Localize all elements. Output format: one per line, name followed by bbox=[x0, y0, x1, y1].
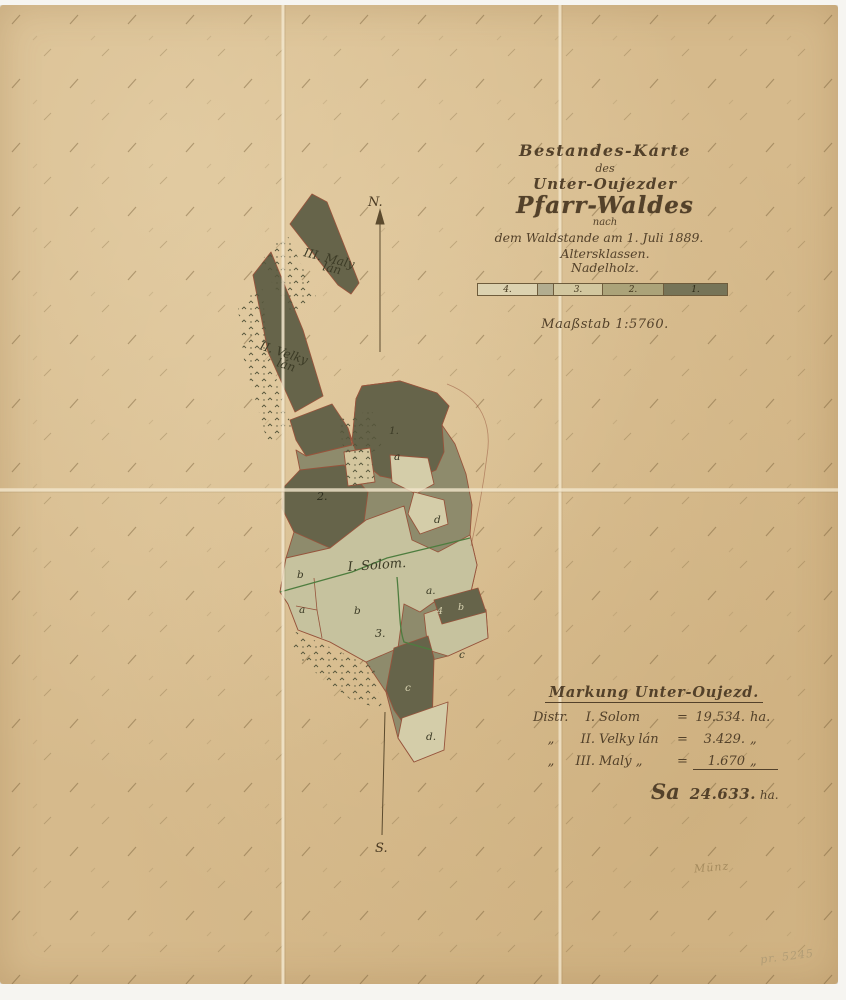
row-unit: „ bbox=[745, 754, 778, 770]
scan-edge-bottom bbox=[0, 984, 846, 1000]
row-unit: „ bbox=[745, 732, 778, 747]
title-main: Pfarr-Waldes bbox=[497, 194, 713, 218]
row-number: I. bbox=[569, 710, 599, 725]
scan-edge-top bbox=[0, 0, 846, 5]
title-des: des bbox=[497, 163, 713, 175]
row-unit: ha. bbox=[745, 710, 778, 725]
total-value: 24.633. bbox=[690, 785, 756, 803]
row-prefix: Distr. bbox=[533, 710, 569, 725]
table-row: Distr. I. Solom = 19.534. ha. bbox=[533, 710, 789, 725]
row-value: 19.534. bbox=[693, 710, 745, 725]
title-place: Unter-Oujezder bbox=[497, 177, 713, 193]
table-row: „ II. Velky lán = 3.429. „ bbox=[533, 732, 789, 747]
row-equals: = bbox=[677, 732, 693, 747]
scan-edge-right bbox=[838, 0, 846, 1000]
table-total-row: Sa 24.633. ha. bbox=[651, 779, 789, 804]
title-altersklassen: Altersklassen. bbox=[497, 247, 713, 260]
title-nach: nach bbox=[497, 218, 713, 229]
total-unit: ha. bbox=[760, 788, 779, 802]
legend-class-2: 2. bbox=[603, 284, 664, 295]
row-value: 1.670 bbox=[693, 754, 745, 770]
title-nadelholz: Nadelholz. bbox=[497, 261, 713, 274]
scanned-map-page: { "title": { "line1": "Bestandes-Karte",… bbox=[0, 0, 846, 1000]
age-class-legend: 4. 3. 2. 1. bbox=[477, 283, 728, 296]
area-table: Markung Unter-Oujezd. Distr. I. Solom = … bbox=[533, 684, 789, 804]
row-value: 3.429. bbox=[693, 732, 745, 747]
total-label: Sa bbox=[651, 779, 680, 804]
legend-class-sliver bbox=[538, 284, 554, 295]
row-number: III. bbox=[569, 754, 599, 769]
scale-statement: Maaßstab 1:5760. bbox=[505, 317, 705, 332]
area-table-heading: Markung Unter-Oujezd. bbox=[545, 684, 763, 703]
title-block: Bestandes-Karte des Unter-Oujezder Pfarr… bbox=[497, 143, 713, 274]
row-prefix: „ bbox=[533, 754, 569, 769]
row-name: Velky lán bbox=[599, 732, 677, 747]
row-prefix: „ bbox=[533, 732, 569, 747]
row-equals: = bbox=[677, 754, 693, 769]
legend-class-1: 1. bbox=[664, 284, 727, 295]
map-title: Bestandes-Karte bbox=[497, 143, 713, 160]
legend-class-3: 3. bbox=[554, 284, 603, 295]
legend-class-4: 4. bbox=[478, 284, 538, 295]
table-row: „ III. Maly „ = 1.670 „ bbox=[533, 754, 789, 770]
row-name: Solom bbox=[599, 710, 677, 725]
row-number: II. bbox=[569, 732, 599, 747]
row-name: Maly „ bbox=[599, 754, 677, 769]
title-date-line: dem Waldstande am 1. Juli 1889. bbox=[485, 231, 713, 244]
row-equals: = bbox=[677, 710, 693, 725]
